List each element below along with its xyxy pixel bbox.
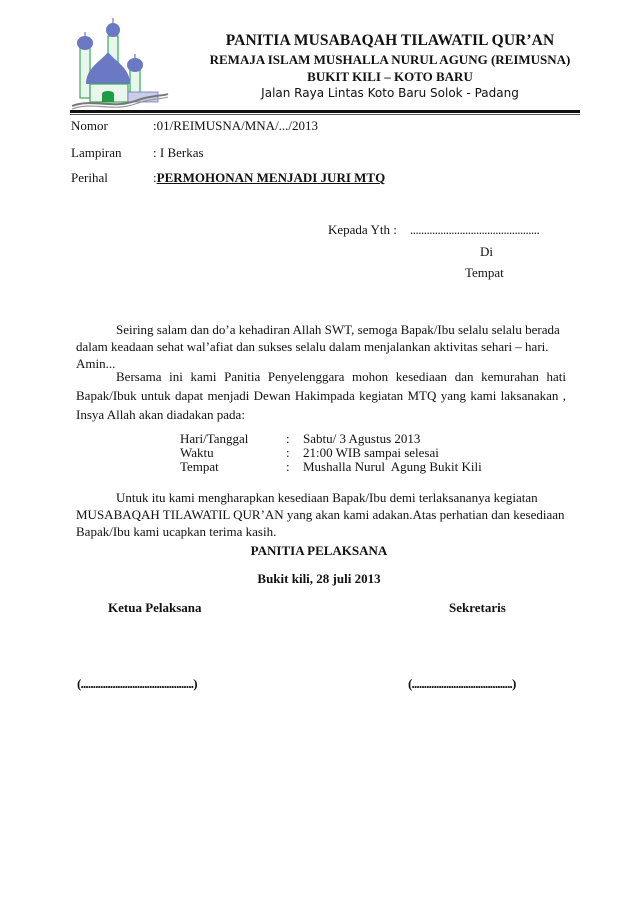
- committee-heading: PANITIA PELAKSANA: [0, 543, 638, 559]
- meta-value-perihal: :PERMOHONAN MENJADI JURI MTQ: [153, 170, 385, 186]
- paragraph-request: Bersama ini kami Panitia Penyelenggara m…: [76, 367, 566, 424]
- schedule-value-date: Sabtu/ 3 Agustus 2013: [303, 431, 420, 446]
- recipient-label: Kepada Yth :: [328, 222, 397, 238]
- recipient-di: Di: [480, 244, 493, 260]
- meta-value-nomor: :01/REIMUSNA/MNA/.../2013: [153, 118, 318, 134]
- chairman-signature-line: (.......................................…: [77, 676, 197, 692]
- recipient-name: ........................................…: [410, 222, 539, 238]
- meta-label-lampiran: Lampiran: [71, 145, 122, 161]
- letterhead-location: BUKIT KILI – KOTO BARU: [180, 69, 600, 85]
- meta-label-perihal: Perihal: [71, 170, 108, 186]
- schedule-value-place: Mushalla Nurul Agung Bukit Kili: [303, 459, 482, 474]
- secretary-title: Sekretaris: [449, 600, 506, 616]
- paragraph-greeting: Seiring salam dan do’a kehadiran Allah S…: [76, 321, 566, 372]
- header-divider: [70, 110, 580, 113]
- recipient-tempat: Tempat: [465, 265, 504, 281]
- letterhead-title: PANITIA MUSABAQAH TILAWATIL QUR’AN: [180, 32, 600, 50]
- paragraph-closing: Untuk itu kami mengharapkan kesediaan Ba…: [76, 489, 566, 540]
- schedule-sep-time: :: [286, 445, 290, 460]
- header-divider-thin: [70, 114, 580, 115]
- letterhead-address: Jalan Raya Lintas Koto Baru Solok - Pada…: [180, 86, 600, 100]
- subject-text: PERMOHONAN MENJADI JURI MTQ: [157, 170, 386, 185]
- letterhead-organization: REMAJA ISLAM MUSHALLA NURUL AGUNG (REIMU…: [180, 52, 600, 68]
- paragraph-greeting-text: Seiring salam dan do’a kehadiran Allah S…: [76, 321, 566, 372]
- schedule-sep-date: :: [286, 431, 290, 446]
- secretary-signature-line: (.......................................…: [408, 676, 516, 692]
- meta-value-lampiran: : I Berkas: [153, 145, 204, 161]
- schedule-label-place: Tempat: [180, 459, 219, 474]
- schedule-sep-place: :: [286, 459, 290, 474]
- schedule-value-time: 21:00 WIB sampai selesai: [303, 445, 439, 460]
- place-date: Bukit kili, 28 juli 2013: [0, 571, 638, 587]
- mosque-logo-icon: [68, 10, 178, 110]
- schedule-label-date: Hari/Tanggal: [180, 431, 248, 446]
- paragraph-request-text: Bersama ini kami Panitia Penyelenggara m…: [76, 367, 566, 424]
- schedule-label-time: Waktu: [180, 445, 214, 460]
- meta-label-nomor: Nomor: [71, 118, 108, 134]
- chairman-title: Ketua Pelaksana: [108, 600, 202, 616]
- paragraph-closing-text: Untuk itu kami mengharapkan kesediaan Ba…: [76, 489, 566, 540]
